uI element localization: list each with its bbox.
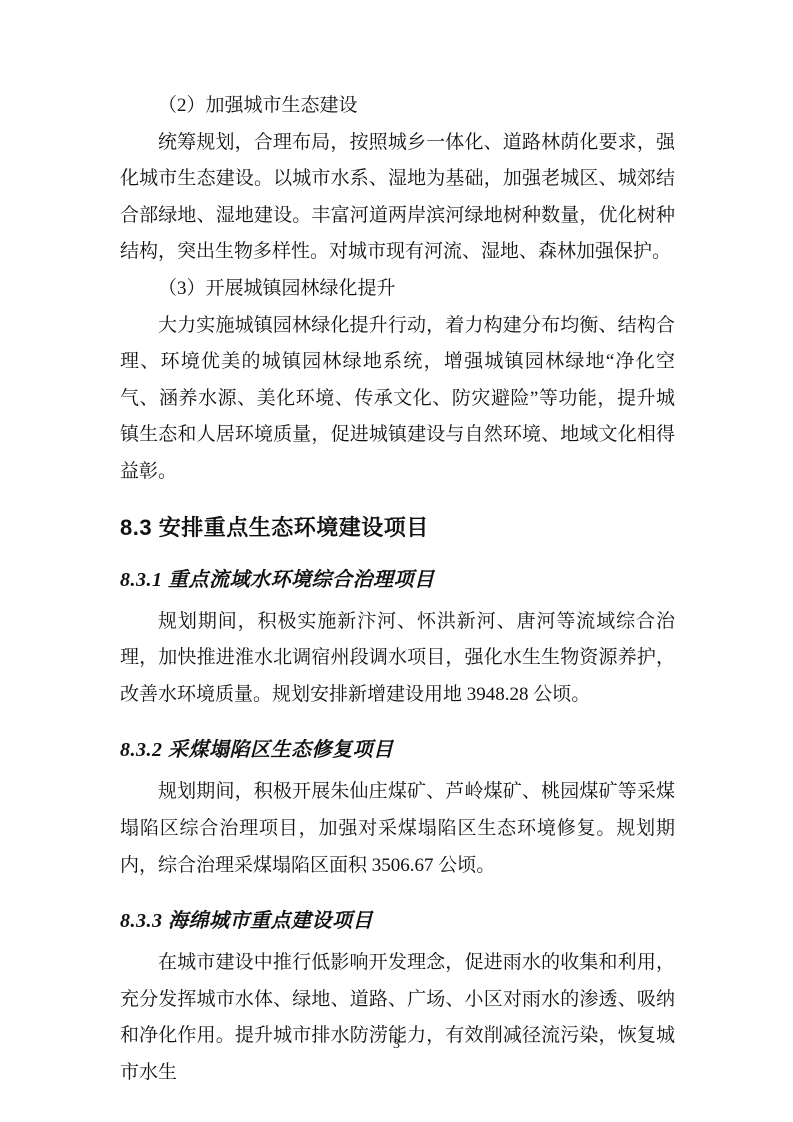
section-8-3-3-paragraph: 在城市建设中推行低影响开发理念，促进雨水的收集和利用，充分发挥城市水体、绿地、道… [120,945,675,1091]
section-8-3-2-heading: 8.3.2 采煤塌陷区生态修复项目 [120,735,675,765]
document-page: （2）加强城市生态建设 统筹规划，合理布局，按照城乡一体化、道路林荫化要求，强化… [0,0,793,1122]
subsection-2-paragraph: 统筹规划，合理布局，按照城乡一体化、道路林荫化要求，强化城市生态建设。以城市水系… [120,125,675,271]
subsection-2-heading: （2）加强城市生态建设 [120,88,675,125]
section-8-3-2-paragraph: 规划期间，积极开展朱仙庄煤矿、芦岭煤矿、桃园煤矿等采煤塌陷区综合治理项目，加强对… [120,774,675,884]
section-8-3-1-heading: 8.3.1 重点流域水环境综合治理项目 [120,565,675,595]
subsection-3-paragraph: 大力实施城镇园林绿化提升行动，着力构建分布均衡、结构合理、环境优美的城镇园林绿地… [120,308,675,491]
page-number: 3 [0,1036,793,1054]
subsection-3-heading: （3）开展城镇园林绿化提升 [120,271,675,308]
section-8-3-3-heading: 8.3.3 海绵城市重点建设项目 [120,906,675,936]
chapter-8-3-heading: 8.3 安排重点生态环境建设项目 [120,513,675,543]
section-8-3-1-paragraph: 规划期间，积极实施新汴河、怀洪新河、唐河等流域综合治理，加快推进淮水北调宿州段调… [120,604,675,714]
